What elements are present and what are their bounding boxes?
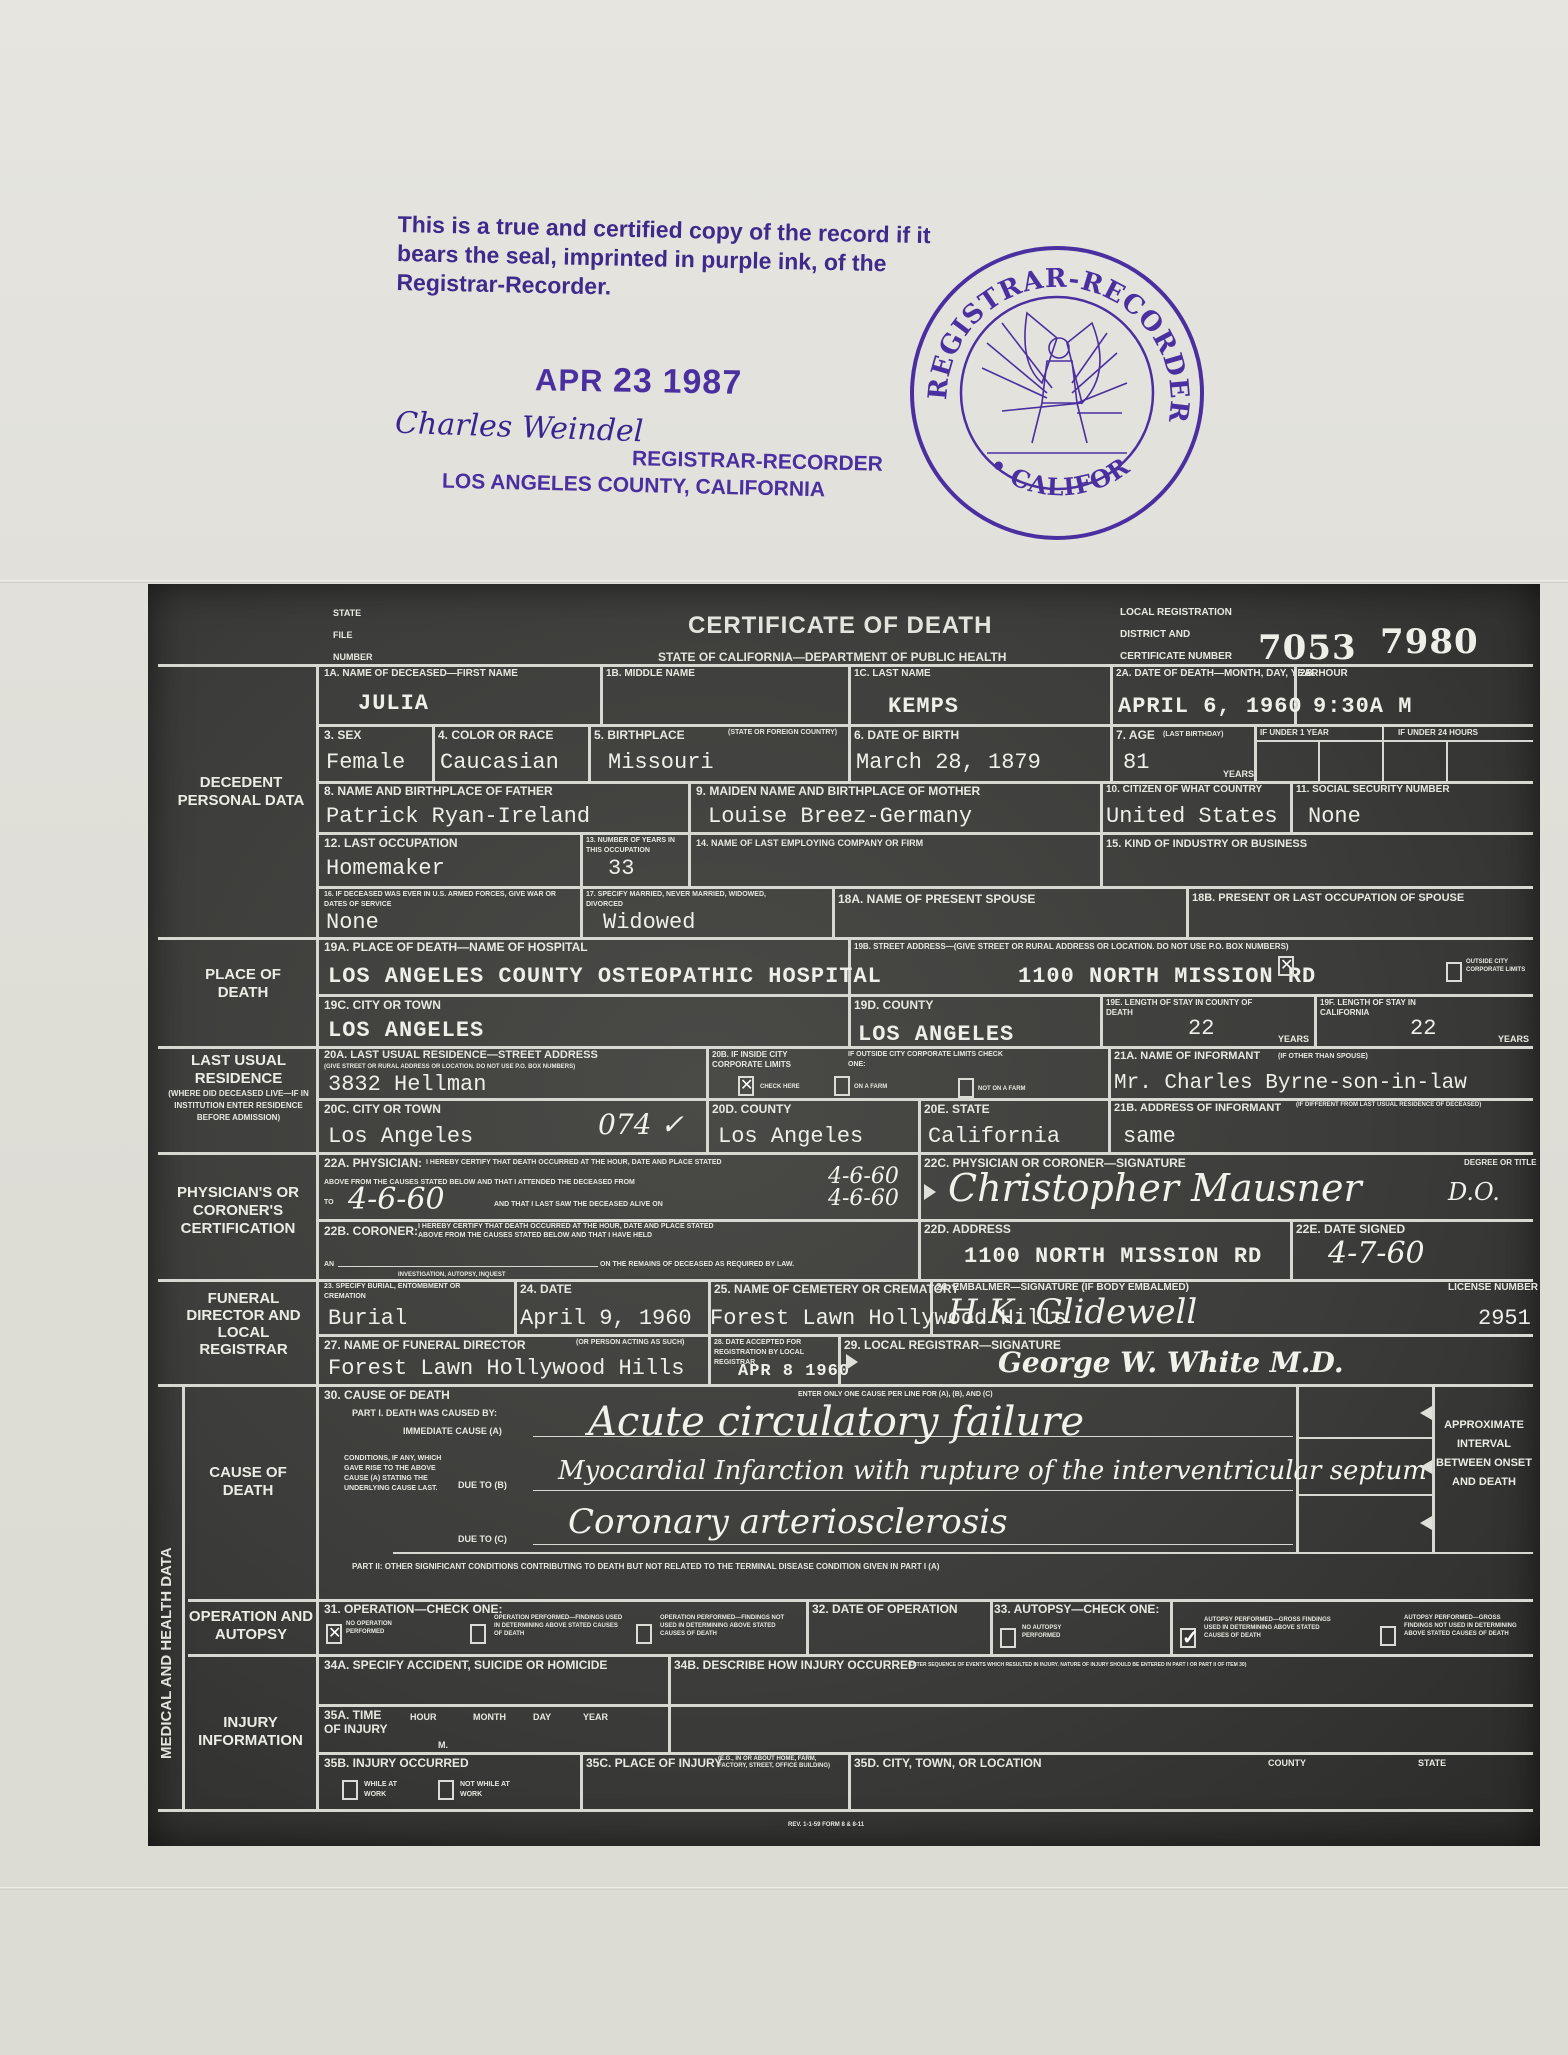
checkbox-not-on-farm[interactable] (958, 1078, 974, 1098)
label-injury-day: DAY (533, 1712, 551, 1722)
label-check-here: CHECK HERE (760, 1082, 800, 1092)
checkbox-autopsy-findings-not-used[interactable] (1380, 1626, 1396, 1646)
label-last-name: 1c. LAST NAME (854, 668, 931, 679)
value-sex: Female (326, 750, 405, 775)
registrar-signature: Charles Weindel (394, 406, 643, 450)
label-birthplace: 5. BIRTHPLACE (594, 728, 685, 742)
checkbox-death-outside-city[interactable] (1446, 962, 1462, 982)
value-due-to-c: Coronary arteriosclerosis (568, 1502, 1008, 1542)
certificate-title: CERTIFICATE OF DEATH (688, 612, 992, 640)
label-due-to-c: DUE TO (C) (458, 1534, 507, 1544)
label-coroner: 22b. CORONER: (324, 1224, 418, 1238)
value-attended-to: 4-6-60 (348, 1182, 445, 1217)
label-place-of-injury: 35c. PLACE OF INJURY (586, 1756, 722, 1770)
certification-date-stamp: APR 23 1987 (535, 360, 743, 403)
label-physician: 22a. PHYSICIAN: (324, 1156, 422, 1170)
label-ssn: 11. SOCIAL SECURITY NUMBER (1296, 784, 1450, 795)
value-first-name: JULIA (358, 691, 429, 716)
value-last-seen-alive: 4-6-60 (828, 1186, 899, 1211)
section-medical-health-data: MEDICAL AND HEALTH DATA (158, 1547, 175, 1759)
label-cause-of-death: 30. CAUSE OF DEATH (324, 1388, 450, 1402)
label-death-county: 19d. COUNTY (854, 998, 933, 1012)
value-occupation: Homemaker (326, 856, 445, 881)
text-coroner-remains: ON THE REMAINS OF DECEASED AS REQUIRED B… (600, 1260, 794, 1270)
value-informant: Mr. Charles Byrne-son-in-law (1114, 1072, 1467, 1095)
label-injury-hour: HOUR (410, 1712, 437, 1722)
note-place-of-injury: (E.G., IN OR ABOUT HOME, FARM, FACTORY, … (718, 1756, 846, 1770)
label-first-name: 1a. NAME OF DECEASED—FIRST NAME (324, 668, 518, 679)
label-date-of-birth: 6. DATE OF BIRTH (854, 728, 959, 742)
text-coroner-held: ABOVE FROM THE CAUSES STATED BELOW AND T… (418, 1231, 652, 1241)
form-number: Rev. 1-1-59 Form 8 & 8-11 (788, 1820, 864, 1830)
checkbox-death-inside-city[interactable] (1278, 956, 1294, 976)
arrow-icon (1420, 1460, 1432, 1474)
label-residence-city: 20c. CITY OR TOWN (324, 1102, 441, 1116)
label-part1: PART I. DEATH WAS CAUSED BY: (352, 1408, 497, 1418)
label-father: 8. NAME AND BIRTHPLACE OF FATHER (324, 784, 553, 798)
label-informant: 21a. NAME OF INFORMANT (1114, 1050, 1260, 1062)
value-hospital: LOS ANGELES COUNTY OSTEOPATHIC HOSPITAL (328, 964, 882, 989)
certification-statement: This is a true and certified copy of the… (396, 210, 958, 309)
note-age: (LAST BIRTHDAY) (1163, 730, 1223, 740)
value-license: 2951 (1478, 1306, 1531, 1331)
label-cemetery: 25. NAME OF CEMETERY OR CREMATORY (714, 1282, 959, 1296)
annotation-city-code: 074 ✓ (598, 1108, 684, 1141)
value-age: 81 (1123, 750, 1149, 775)
value-father: Patrick Ryan-Ireland (326, 804, 590, 829)
note-funeral-director: (OR PERSON ACTING AS SUCH) (576, 1338, 686, 1348)
label-no-autopsy: NO AUTOPSY PERFORMED (1022, 1624, 1072, 1640)
certificate-subtitle: STATE OF CALIFORNIA—DEPARTMENT OF PUBLIC… (658, 650, 1006, 664)
section-place-of-death: PLACE OF DEATH (193, 966, 293, 1002)
label-operation-findings-used: OPERATION PERFORMED—FINDINGS USED IN DET… (494, 1614, 624, 1638)
value-marital-status: Widowed (603, 910, 695, 935)
value-date-signed: 4-7-60 (1328, 1236, 1425, 1271)
arrow-icon (846, 1354, 858, 1370)
value-immediate-cause: Acute circulatory failure (588, 1399, 1084, 1445)
checkbox-no-autopsy[interactable] (1000, 1628, 1016, 1648)
label-injury-occurred: 35b. INJURY OCCURRED (324, 1756, 469, 1770)
note-birthplace: (STATE OR FOREIGN COUNTRY) (728, 728, 837, 738)
value-physician-address: 1100 NORTH MISSION RD (964, 1244, 1262, 1269)
label-on-farm: ON A FARM (854, 1082, 887, 1092)
label-disposition-date: 24. DATE (520, 1282, 572, 1296)
district-number: 7053 (1258, 628, 1357, 668)
checkbox-on-farm[interactable] (834, 1076, 850, 1096)
label-date-of-death: 2a. DATE OF DEATH—MONTH, DAY, YEAR (1116, 668, 1318, 679)
checkbox-residence-inside-city[interactable] (738, 1076, 754, 1096)
label-stay-county: 19e. LENGTH OF STAY IN COUNTY OF DEATH (1106, 998, 1256, 1018)
label-accident-type: 34a. SPECIFY ACCIDENT, SUICIDE OR HOMICI… (324, 1658, 607, 1672)
label-residence-street: 20a. LAST USUAL RESIDENCE—STREET ADDRESS (324, 1049, 598, 1061)
value-death-county: LOS ANGELES (858, 1022, 1014, 1047)
value-date-of-death: APRIL 6, 1960 (1118, 694, 1303, 719)
arrow-icon (1420, 1406, 1432, 1420)
label-while-at-work: WHILE AT WORK (364, 1780, 404, 1800)
physician-signature: Christopher Mausner (948, 1166, 1362, 1210)
label-death-street: 19b. STREET ADDRESS—(GIVE STREET OR RURA… (854, 942, 1289, 952)
label-citizen: 10. CITIZEN OF WHAT COUNTRY (1106, 784, 1262, 795)
certificate-number: 7980 (1380, 622, 1479, 662)
county-seal-icon: REGISTRAR-RECORDER LOS ANGELES COUNTY • … (907, 243, 1207, 543)
section-decedent-personal-data: DECEDENT PERSONAL DATA (176, 774, 306, 810)
label-death-city: 19c. CITY OR TOWN (324, 998, 441, 1012)
label-injury-county: COUNTY (1268, 1758, 1306, 1768)
label-autopsy-findings-used: AUTOPSY PERFORMED—GROSS FINDINGS USED IN… (1204, 1616, 1334, 1640)
label-operation-findings-not-used: OPERATION PERFORMED—FINDINGS NOT USED IN… (660, 1614, 790, 1638)
value-date-accepted: APR 8 1960 (738, 1362, 850, 1381)
note-residence-street: (GIVE STREET OR RURAL ADDRESS OR LOCATIO… (324, 1062, 575, 1072)
value-last-name: KEMPS (888, 694, 959, 719)
label-under-24-hours: IF UNDER 24 HOURS (1398, 728, 1478, 738)
label-autopsy: 33. AUTOPSY—CHECK ONE: (994, 1602, 1159, 1616)
label-industry: 15. KIND OF INDUSTRY OR BUSINESS (1106, 838, 1307, 850)
state-file-number-label: STATE FILE NUMBER (333, 602, 373, 668)
label-time-of-injury: 35a. TIME OF INJURY (324, 1708, 394, 1736)
value-stay-county: 22 (1188, 1016, 1214, 1041)
label-residence-outside-city: IF OUTSIDE CITY CORPORATE LIMITS CHECK O… (848, 1050, 1018, 1070)
value-residence-state: California (928, 1124, 1060, 1149)
section-last-usual-residence: LAST USUAL RESIDENCE (WHERE DID DECEASED… (166, 1052, 311, 1124)
label-due-to-b: DUE TO (B) (458, 1480, 507, 1490)
label-spouse-name: 18a. NAME OF PRESENT SPOUSE (838, 892, 1035, 906)
svg-text:REGISTRAR-RECORDER LOS ANGELES: REGISTRAR-RECORDER LOS ANGELES COUNTY (907, 243, 1194, 425)
label-employer: 14. NAME OF LAST EMPLOYING COMPANY OR FI… (696, 838, 923, 848)
text-physician-certify: I HEREBY CERTIFY THAT DEATH OCCURRED AT … (426, 1158, 722, 1168)
label-injury-location: 35d. CITY, TOWN, OR LOCATION (854, 1756, 1042, 1770)
label-investigation: INVESTIGATION, AUTOPSY, INQUEST (398, 1270, 506, 1280)
label-not-on-farm: NOT ON A FARM (978, 1084, 1026, 1094)
label-informant-address: 21b. ADDRESS OF INFORMANT (1114, 1102, 1281, 1114)
note-injury-description: (ENTER SEQUENCE OF EVENTS WHICH RESULTED… (908, 1660, 1246, 1670)
note-conditions: CONDITIONS, IF ANY, WHICH GAVE RISE TO T… (344, 1454, 446, 1494)
label-part2: PART II: OTHER SIGNIFICANT CONDITIONS CO… (352, 1562, 939, 1572)
label-an: AN (324, 1260, 334, 1270)
label-hour: 2b. HOUR (1300, 668, 1348, 679)
label-armed-forces: 16. IF DECEASED WAS EVER IN U.S. ARMED F… (324, 890, 574, 910)
label-under-1-year: IF UNDER 1 YEAR (1260, 728, 1329, 738)
unit-stay-county: YEARS (1278, 1034, 1309, 1044)
label-middle-name: 1b. MIDDLE NAME (606, 668, 695, 679)
value-years-occupation: 33 (608, 856, 634, 881)
value-stay-california: 22 (1410, 1016, 1436, 1041)
value-hour: 9:30A M (1313, 694, 1412, 719)
label-occupation: 12. LAST OCCUPATION (324, 836, 458, 850)
unit-age: YEARS (1223, 769, 1254, 779)
arrow-icon (1420, 1516, 1432, 1530)
checkbox-operation-findings-used[interactable] (470, 1624, 486, 1644)
label-hospital: 19a. PLACE OF DEATH—NAME OF HOSPITAL (324, 940, 588, 954)
label-approx-interval: APPROXIMATE INTERVAL BETWEEN ONSET AND D… (1434, 1416, 1534, 1492)
value-residence-city: Los Angeles (328, 1124, 473, 1149)
label-injury-m: M. (438, 1740, 448, 1750)
value-funeral-director: Forest Lawn Hollywood Hills (328, 1356, 684, 1381)
label-mother: 9. MAIDEN NAME AND BIRTHPLACE OF MOTHER (696, 784, 980, 798)
label-age: 7. AGE (1116, 728, 1155, 742)
value-disposition-date: April 9, 1960 (520, 1306, 692, 1331)
note-informant: (IF OTHER THAN SPOUSE) (1278, 1052, 1368, 1062)
value-disposition: Burial (328, 1306, 407, 1331)
checkbox-autopsy-findings-used[interactable] (1180, 1628, 1196, 1648)
label-date-signed: 22e. DATE SIGNED (1296, 1222, 1405, 1236)
label-not-while-at-work: NOT WHILE AT WORK (460, 1780, 520, 1800)
value-armed-forces: None (326, 910, 379, 935)
label-death-outside-city: OUTSIDE CITY CORPORATE LIMITS (1466, 958, 1536, 974)
value-informant-address: same (1123, 1124, 1176, 1149)
unit-stay-california: YEARS (1498, 1034, 1529, 1044)
value-race: Caucasian (440, 750, 559, 775)
label-operation: 31. OPERATION—CHECK ONE: (324, 1602, 502, 1616)
checkbox-not-while-at-work[interactable] (438, 1780, 454, 1800)
label-residence-state: 20e. STATE (924, 1102, 990, 1116)
label-injury-description: 34b. DESCRIBE HOW INJURY OCCURRED (674, 1658, 917, 1672)
death-certificate: STATE FILE NUMBER CERTIFICATE OF DEATH S… (148, 584, 1540, 1846)
label-disposition: 23. SPECIFY BURIAL, ENTOMBMENT OR CREMAT… (324, 1282, 504, 1302)
label-degree: DEGREE OR TITLE (1464, 1158, 1536, 1168)
value-death-street: 1100 NORTH MISSION RD (1018, 964, 1316, 989)
value-residence-county: Los Angeles (718, 1124, 863, 1149)
paper-fold-line (0, 580, 1568, 583)
checkbox-while-at-work[interactable] (342, 1780, 358, 1800)
label-stay-california: 19f. LENGTH OF STAY IN CALIFORNIA (1320, 998, 1450, 1018)
local-registrar-signature: George W. White M.D. (998, 1346, 1344, 1379)
value-residence-street: 3832 Hellman (328, 1072, 486, 1097)
value-birthplace: Missouri (608, 750, 714, 775)
registrar-title: REGISTRAR-RECORDER (632, 447, 883, 477)
text-last-saw-alive: AND THAT I LAST SAW THE DECEASED ALIVE O… (494, 1200, 663, 1210)
checkbox-operation-findings-not-used[interactable] (636, 1624, 652, 1644)
value-ssn: None (1308, 804, 1361, 829)
label-to: TO (324, 1198, 334, 1208)
embalmer-signature: H.K. Glidewell (948, 1292, 1197, 1332)
value-death-city: LOS ANGELES (328, 1018, 484, 1043)
label-injury-state: STATE (1418, 1758, 1446, 1768)
label-race: 4. COLOR OR RACE (438, 728, 553, 742)
section-injury-information: INJURY INFORMATION (188, 1714, 313, 1750)
label-physician-address: 22d. ADDRESS (924, 1222, 1011, 1236)
registrar-county: LOS ANGELES COUNTY, CALIFORNIA (442, 470, 826, 503)
label-injury-year: YEAR (583, 1712, 608, 1722)
value-due-to-b: Myocardial Infarction with rupture of th… (558, 1456, 1427, 1486)
label-spouse-occupation: 18b. PRESENT OR LAST OCCUPATION OF SPOUS… (1192, 892, 1464, 904)
value-mother: Louise Breez-Germany (708, 804, 972, 829)
label-funeral-director: 27. NAME OF FUNERAL DIRECTOR (324, 1338, 526, 1352)
label-sex: 3. SEX (324, 728, 361, 742)
value-date-of-birth: March 28, 1879 (856, 750, 1041, 775)
label-marital-status: 17. SPECIFY MARRIED, NEVER MARRIED, WIDO… (586, 890, 786, 910)
arrow-icon (924, 1184, 936, 1200)
label-date-of-operation: 32. DATE OF OPERATION (812, 1602, 958, 1616)
section-physician-certification: PHYSICIAN'S OR CORONER'S CERTIFICATION (163, 1184, 313, 1238)
physician-degree: D.O. (1448, 1178, 1500, 1206)
section-funeral-director: FUNERAL DIRECTOR AND LOCAL REGISTRAR (186, 1290, 301, 1358)
label-injury-month: MONTH (473, 1712, 506, 1722)
label-no-operation: NO OPERATION PERFORMED (346, 1620, 394, 1636)
value-citizen: United States (1106, 804, 1278, 829)
section-cause-of-death: CAUSE OF DEATH (203, 1464, 293, 1500)
label-autopsy-findings-not-used: AUTOPSY PERFORMED—GROSS FINDINGS NOT USE… (1404, 1614, 1529, 1638)
section-operation-autopsy: OPERATION AND AUTOPSY (186, 1608, 316, 1644)
note-informant-address: (IF DIFFERENT FROM LAST USUAL RESIDENCE … (1296, 1102, 1526, 1109)
label-license: LICENSE NUMBER (1448, 1282, 1538, 1293)
checkbox-no-operation[interactable] (326, 1624, 342, 1644)
label-years-occupation: 13. NUMBER OF YEARS IN THIS OCCUPATION (586, 836, 686, 856)
label-immediate-cause: IMMEDIATE CAUSE (A) (403, 1426, 502, 1436)
paper-fold-line (0, 1887, 1568, 1890)
label-residence-inside-city: 20b. IF INSIDE CITY CORPORATE LIMITS (712, 1050, 832, 1070)
label-residence-county: 20d. COUNTY (712, 1102, 791, 1116)
local-registration-label: LOCAL REGISTRATION DISTRICT AND CERTIFIC… (1120, 602, 1232, 668)
